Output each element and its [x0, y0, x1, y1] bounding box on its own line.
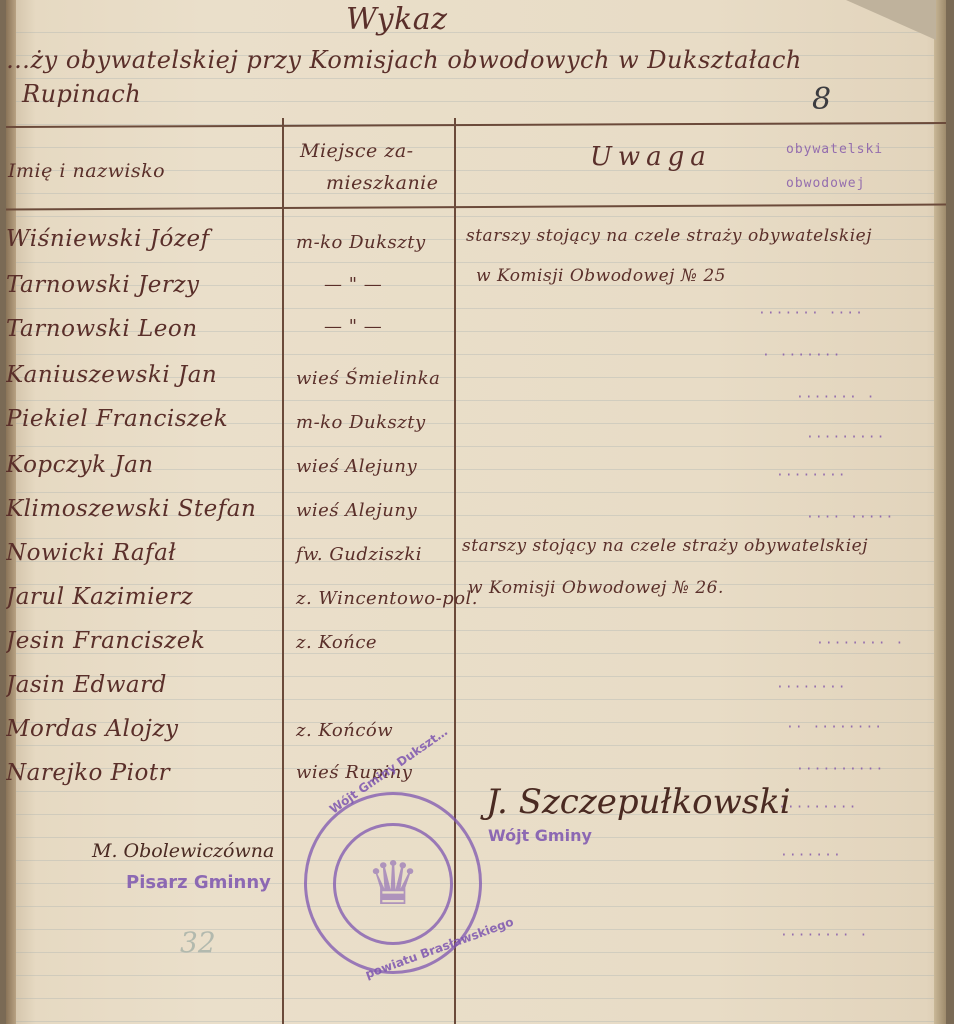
row-residence: wieś Alejuny	[296, 500, 417, 521]
clerk-stamp: Pisarz Gminny	[126, 872, 271, 893]
eagle-emblem-icon: ♛	[366, 849, 420, 919]
faint-note: ········	[776, 468, 847, 483]
row-residence: wieś Alejuny	[296, 456, 417, 477]
clerk-signature: M. Obolewiczówna	[92, 840, 274, 862]
row-name: Piekiel Franciszek	[6, 406, 228, 432]
remark-line: starszy stojący na czele straży obywatel…	[462, 536, 868, 556]
document-subtitle-line2: Rupinach	[22, 80, 141, 108]
remark-line: starszy stojący na czele straży obywatel…	[466, 226, 872, 246]
faint-note: obywatelski	[786, 142, 883, 157]
mayor-stamp: Wójt Gminy	[488, 826, 592, 845]
column-divider-1	[282, 118, 284, 1024]
faint-note: ······· ····	[758, 306, 864, 321]
pencil-page-mark: 8	[812, 82, 831, 117]
faint-note: ········	[776, 680, 847, 695]
row-residence: — " —	[324, 316, 382, 337]
row-residence: m-ko Dukszty	[296, 232, 426, 253]
row-residence: — " —	[324, 274, 382, 295]
row-name: Wiśniewski Józef	[6, 226, 210, 252]
row-residence: z. Końców	[296, 720, 393, 741]
row-name: Kaniuszewski Jan	[6, 362, 217, 388]
row-name: Kopczyk Jan	[6, 452, 154, 478]
official-seal: Wójt Gminy Dukszt… ♛ powiatu Brasławskie…	[304, 792, 482, 974]
faint-note: ······· ·	[796, 390, 875, 405]
document-title: Wykaz	[346, 2, 448, 37]
folded-corner	[846, 0, 936, 40]
faint-note: ···· ·····	[806, 510, 894, 525]
row-name: Klimoszewski Stefan	[6, 496, 256, 522]
row-name: Tarnowski Jerzy	[6, 272, 199, 298]
row-residence: wieś Śmielinka	[296, 368, 440, 389]
row-name: Jarul Kazimierz	[6, 584, 193, 610]
faint-note: ·········	[806, 430, 885, 445]
header-residence-2: mieszkanie	[326, 172, 439, 194]
document-subtitle-line1: …ży obywatelskiej przy Komisjach obwodow…	[6, 46, 802, 74]
faint-note: ··········	[796, 762, 884, 777]
faint-note: · ·······	[762, 348, 841, 363]
row-residence: z. Wincentowo-pol.	[296, 588, 478, 609]
row-residence: fw. Gudziszki	[296, 544, 422, 565]
faint-note: ········ ·	[780, 928, 868, 943]
header-remarks: Uwaga	[590, 142, 712, 172]
mayor-signature: J. Szczepułkowski	[486, 782, 791, 822]
row-residence: z. Końce	[296, 632, 377, 653]
page-edge	[934, 0, 946, 1024]
row-name: Narejko Piotr	[6, 760, 170, 786]
row-name: Jasin Edward	[6, 672, 167, 698]
header-residence-1: Miejsce za-	[300, 140, 414, 162]
row-name: Nowicki Rafał	[6, 540, 176, 566]
row-name: Jesin Franciszek	[6, 628, 205, 654]
row-residence: m-ko Dukszty	[296, 412, 426, 433]
row-name: Tarnowski Leon	[6, 316, 198, 342]
pencil-number: 32	[180, 926, 216, 959]
faint-note: ·· ········	[786, 720, 883, 735]
row-name: Mordas Alojzy	[6, 716, 179, 742]
faint-note: ········ ·	[816, 636, 904, 651]
seal-inner-ring: ♛	[333, 823, 453, 945]
remark-line: w Komisji Obwodowej № 26.	[468, 578, 724, 598]
remark-line: w Komisji Obwodowej № 25	[476, 266, 726, 286]
faint-note: ·······	[780, 848, 842, 863]
faint-note: obwodowej	[786, 176, 865, 191]
header-name: Imię i nazwisko	[8, 160, 165, 182]
document-page: Wykaz …ży obywatelskiej przy Komisjach o…	[6, 0, 946, 1024]
